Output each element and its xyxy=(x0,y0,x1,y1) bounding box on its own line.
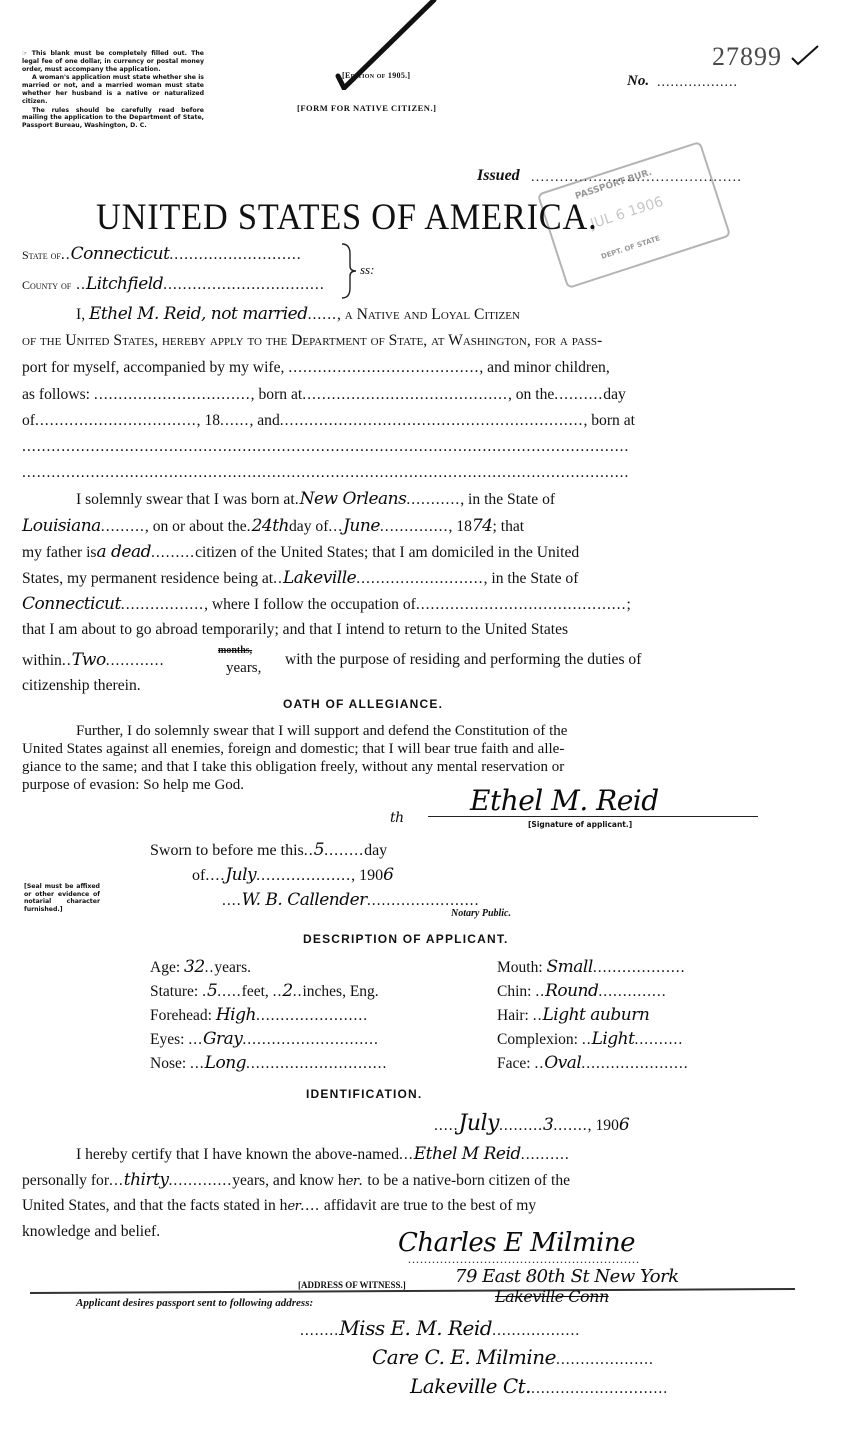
residence-line: States, my permanent residence being at.… xyxy=(22,568,578,589)
years-known-field[interactable]: thirty xyxy=(124,1170,169,1190)
birth-state-field[interactable]: Louisiana xyxy=(22,516,101,536)
tick-icon xyxy=(790,44,820,66)
page-title: UNITED STATES OF AMERICA. xyxy=(96,196,597,239)
notice-paragraph: ☞ This blank must be completely filled o… xyxy=(22,50,204,73)
edition-label: [Edition of 1905.] xyxy=(342,71,410,80)
citizenship-text: citizenship therein. xyxy=(22,676,141,696)
chin-field[interactable]: Round xyxy=(545,981,598,1001)
occupation-line: Connecticut................., where I fo… xyxy=(22,594,631,615)
stature-row: Stature: .5.....feet, ..2..inches, Eng. xyxy=(150,981,379,1001)
brace-icon xyxy=(340,242,360,300)
pronoun-field[interactable]: er xyxy=(346,1174,359,1189)
witness-address-alt: Lakeville Conn xyxy=(495,1287,609,1306)
mailing-address-line: ........Miss E. M. Reid.................… xyxy=(300,1318,580,1341)
identification-date: .....July.........3......., 1906 xyxy=(434,1114,629,1136)
oath-heading: OATH OF ALLEGIANCE. xyxy=(283,697,443,711)
notice-paragraph: The rules should be carefully read befor… xyxy=(22,107,204,130)
facts-line: United States, and that the facts stated… xyxy=(22,1196,536,1217)
forehead-field[interactable]: High xyxy=(216,1005,256,1025)
child-day-field[interactable]: .......... xyxy=(554,386,603,403)
father-line: my father isa dead.........citizen of th… xyxy=(22,542,579,563)
sworn-year-field[interactable]: 6 xyxy=(383,865,393,885)
children-line-2: of................................., 18.… xyxy=(22,411,635,431)
applicant-signature[interactable]: Ethel M. Reid xyxy=(470,784,659,817)
wife-line: port for myself, accompanied by my wife,… xyxy=(22,358,610,378)
inches-field[interactable]: 2 xyxy=(282,981,292,1001)
complexion-field[interactable]: Light xyxy=(592,1029,635,1049)
applicant-line: I, Ethel M. Reid, not married......, a N… xyxy=(76,304,520,325)
child-month-field[interactable]: ................................. xyxy=(35,412,197,429)
oath-line: Further, I do solemnly swear that I will… xyxy=(76,722,567,740)
birth-day-field[interactable]: 24th xyxy=(252,516,289,536)
mailing-address-line: Lakeville Ct............................… xyxy=(410,1376,668,1399)
blank-line[interactable]: ........................................… xyxy=(22,463,629,483)
mouth-field[interactable]: Small xyxy=(547,957,593,977)
county-row: County of ..Litchfield..................… xyxy=(22,274,325,295)
face-field[interactable]: Oval xyxy=(544,1053,581,1073)
id-year-field[interactable]: 6 xyxy=(619,1115,629,1135)
father-status-field[interactable]: a dead xyxy=(96,542,151,562)
chin-row: Chin: ..Round.............. xyxy=(497,981,667,1001)
mailing-address-line: Care C. E. Milmine.................... xyxy=(372,1347,654,1370)
mailing-line-3[interactable]: Lakeville Ct. xyxy=(410,1374,531,1398)
state-field[interactable]: Connecticut xyxy=(71,244,170,264)
ss-label: ss: xyxy=(360,262,374,278)
applicant-name-field[interactable]: Ethel M. Reid, not married xyxy=(89,304,308,324)
signature-caption: [Signature of applicant.] xyxy=(528,820,632,829)
complexion-row: Complexion: ..Light.......... xyxy=(497,1029,683,1049)
oath-line: purpose of evasion: So help me God. xyxy=(22,776,244,794)
abroad-line: that I am about to go abroad temporarily… xyxy=(22,620,568,640)
issued-label: Issued xyxy=(477,167,520,185)
hair-field[interactable]: Light auburn xyxy=(542,1005,649,1025)
mailing-label: Applicant desires passport sent to follo… xyxy=(76,1297,313,1309)
state-row: State of..Connecticut...................… xyxy=(22,244,302,265)
child-name-field[interactable]: ................................ xyxy=(94,386,251,403)
purpose-text: with the purpose of residing and perform… xyxy=(285,650,641,670)
birthdate-line: Louisiana........., on or about the.24th… xyxy=(22,516,524,537)
signature-line xyxy=(428,816,758,817)
within-line: within..Two............ xyxy=(22,650,164,671)
nose-row: Nose: ...Long...........................… xyxy=(150,1053,387,1073)
feet-field[interactable]: 5 xyxy=(207,981,217,1001)
known-name-field[interactable]: Ethel M Reid xyxy=(414,1144,521,1164)
residence-state-field[interactable]: Connecticut xyxy=(22,594,121,614)
instructions-notice: ☞ This blank must be completely filled o… xyxy=(22,50,204,131)
nose-field[interactable]: Long xyxy=(205,1053,246,1073)
number-field-dots: .................. xyxy=(657,75,738,91)
mailing-line-2[interactable]: Care C. E. Milmine xyxy=(372,1345,556,1369)
notary-caption: Notary Public. xyxy=(451,908,511,919)
seal-note: [Seal must be affixed or other evidence … xyxy=(24,883,100,913)
day-suffix: th xyxy=(390,810,404,826)
child2-name-field[interactable]: ........................................… xyxy=(280,412,584,429)
mailing-line-1[interactable]: Miss E. M. Reid xyxy=(339,1316,492,1340)
months-struck: months, xyxy=(218,645,252,656)
face-row: Face: ..Oval...................... xyxy=(497,1053,689,1073)
sworn-day-field[interactable]: 5 xyxy=(314,840,324,860)
age-field[interactable]: 32 xyxy=(184,957,205,977)
duration-field[interactable]: Two xyxy=(72,650,106,670)
eyes-field[interactable]: Gray xyxy=(203,1029,242,1049)
sworn-month-field[interactable]: July xyxy=(225,865,256,885)
oath-line: United States against all enemies, forei… xyxy=(22,740,564,758)
form-type-label: [FORM FOR NATIVE CITIZEN.] xyxy=(297,103,436,113)
eyes-row: Eyes: ...Gray...........................… xyxy=(150,1029,379,1049)
certify-line: I hereby certify that I have known the a… xyxy=(76,1144,570,1165)
id-month-field[interactable]: July xyxy=(459,1111,499,1136)
blank-line[interactable]: ........................................… xyxy=(22,437,629,457)
birth-month-field[interactable]: June xyxy=(343,516,380,536)
birth-year-field[interactable]: 74 xyxy=(472,516,493,536)
personally-line: personally for...thirty.............year… xyxy=(22,1170,570,1192)
knowledge-line: knowledge and belief. xyxy=(22,1222,160,1242)
hair-row: Hair: ..Light auburn xyxy=(497,1005,649,1025)
pronoun-field[interactable]: er xyxy=(287,1199,300,1214)
residence-field[interactable]: Lakeville xyxy=(283,568,356,588)
notary-signature[interactable]: W. B. Callender xyxy=(242,890,367,910)
child-birthplace-field[interactable]: ........................................… xyxy=(302,386,508,403)
sworn-line: Sworn to before me this..5........day xyxy=(150,840,387,861)
notice-paragraph: A woman's application must state whether… xyxy=(22,74,204,105)
birthplace-line: I solemnly swear that I was born at.New … xyxy=(76,489,555,510)
age-row: Age: 32..years. xyxy=(150,957,251,977)
application-number: 27899 xyxy=(712,42,782,72)
wife-field[interactable]: ....................................... xyxy=(288,359,479,376)
number-label: No. xyxy=(627,73,649,90)
witness-address-label: [ADDRESS OF WITNESS.] xyxy=(298,1280,406,1290)
identification-heading: IDENTIFICATION. xyxy=(306,1087,422,1101)
years-label: years, xyxy=(226,660,261,677)
birthplace-field[interactable]: New Orleans xyxy=(300,489,407,509)
id-day-field[interactable]: 3 xyxy=(543,1115,553,1135)
witness-address-field[interactable]: 79 East 80th St New York xyxy=(455,1266,679,1287)
children-line: as follows: ............................… xyxy=(22,385,626,405)
mouth-row: Mouth: Small................... xyxy=(497,957,685,977)
application-text-line: of the United States, hereby apply to th… xyxy=(22,331,602,351)
sworn-month-line: of....July..................., 1906 xyxy=(192,865,393,886)
divider-line xyxy=(30,1288,795,1294)
occupation-field[interactable]: ........................................… xyxy=(416,596,627,613)
witness-signature-dots: ........................................… xyxy=(408,1252,640,1267)
county-field[interactable]: Litchfield xyxy=(86,274,163,294)
description-heading: DESCRIPTION OF APPLICANT. xyxy=(303,932,509,946)
oath-line: giance to the same; and that I take this… xyxy=(22,758,564,776)
notary-signature-row: ....W. B. Callender.....................… xyxy=(222,890,479,911)
forehead-row: Forehead: High....................... xyxy=(150,1005,368,1025)
